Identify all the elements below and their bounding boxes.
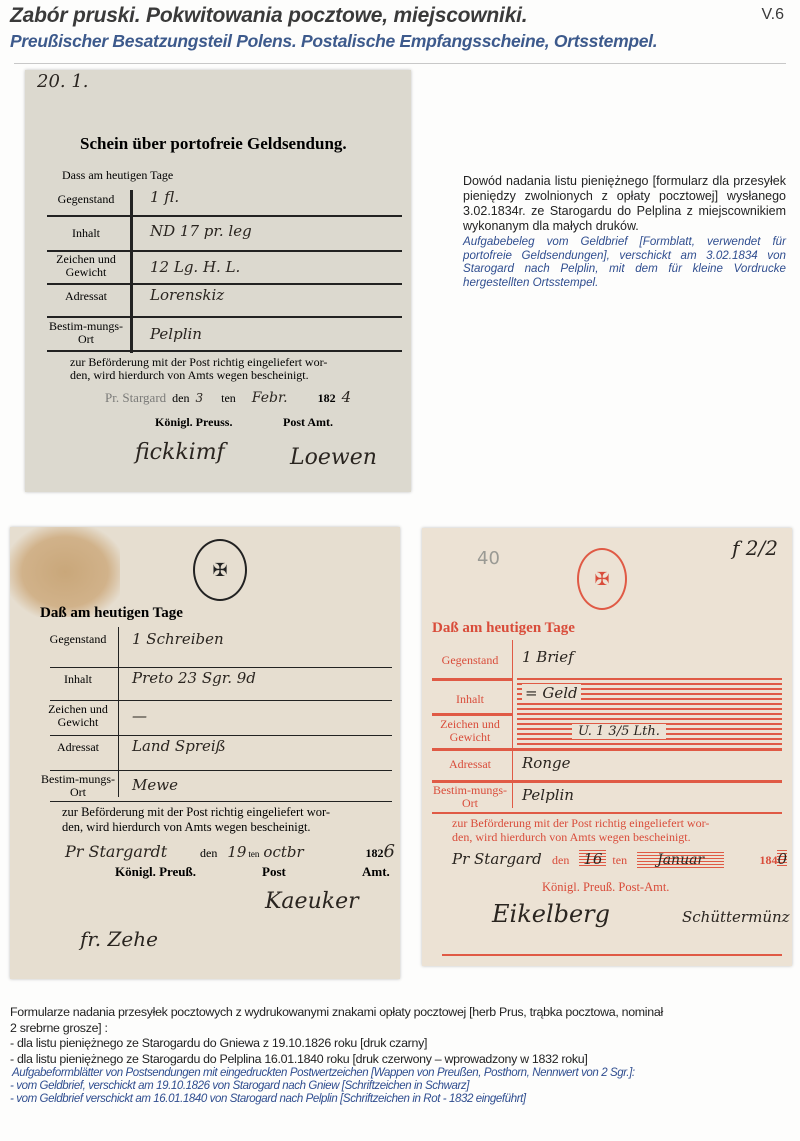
date-month: Febr. bbox=[252, 390, 288, 406]
date-ten: ten bbox=[612, 853, 627, 868]
date-year-prefix: 182 bbox=[366, 846, 384, 861]
place-handwritten: Pr Stargard bbox=[452, 850, 552, 868]
label-bestimmungsort: Bestim-mungs-Ort bbox=[40, 773, 116, 799]
bottom-description: Formularze nadania przesyłek pocztowych … bbox=[10, 1005, 790, 1106]
office-left: Königl. Preuß. bbox=[115, 864, 196, 880]
date-den: den bbox=[172, 391, 189, 406]
date-ten: ten bbox=[248, 849, 259, 859]
place-handwritten: Pr Stargardt bbox=[65, 842, 200, 861]
caption-german: Aufgabebeleg vom Geldbrief [Formblatt, v… bbox=[463, 235, 786, 289]
label-zeichen-gewicht: Zeichen und Gewicht bbox=[430, 718, 510, 744]
description-de-line: - vom Geldbrief verschickt am 16.01.1840… bbox=[10, 1093, 790, 1106]
page-title-german: Preußischer Besatzungsteil Polens. Posta… bbox=[10, 31, 657, 52]
form-intro: Daß am heutigen Tage bbox=[432, 620, 575, 637]
form-intro: Daß am heutigen Tage bbox=[40, 605, 183, 622]
form-column-divider bbox=[118, 627, 119, 797]
value-zeichen-gewicht: U. 1 3/5 Lth. bbox=[572, 724, 666, 739]
value-inhalt: = Geld bbox=[522, 684, 581, 702]
label-gegenstand: Gegenstand bbox=[430, 654, 510, 667]
label-bestimmungsort: Bestim-mungs-Ort bbox=[430, 784, 510, 810]
date-ten: ten bbox=[221, 391, 236, 406]
date-day: 19 bbox=[227, 843, 246, 861]
row-line bbox=[47, 283, 402, 285]
row-line bbox=[47, 350, 402, 352]
pencil-note: 40 bbox=[477, 548, 500, 569]
footer-line-2: den, wird hierdurch von Amts wegen besch… bbox=[70, 369, 327, 382]
form-heading: Schein über portofreie Geldsendung. bbox=[80, 134, 347, 154]
header-divider bbox=[14, 63, 786, 64]
corner-note: f 2/2 bbox=[732, 536, 778, 560]
description-pl-line: Formularze nadania przesyłek pocztowych … bbox=[10, 1005, 790, 1021]
row-line bbox=[50, 801, 392, 802]
office-left: Königl. Preuss. bbox=[155, 415, 232, 430]
description-pl-line: 2 srebrne grosze] : bbox=[10, 1021, 790, 1037]
eagle-seal-icon: ✠ bbox=[577, 548, 627, 610]
label-bestimmungsort: Bestim-mungs-Ort bbox=[43, 320, 129, 346]
office-mid: Post bbox=[262, 864, 286, 880]
date-month: Januar bbox=[637, 852, 724, 868]
label-inhalt: Inhalt bbox=[43, 227, 129, 240]
label-adressat: Adressat bbox=[43, 290, 129, 303]
label-adressat: Adressat bbox=[40, 741, 116, 754]
label-zeichen-gewicht: Zeichen und Gewicht bbox=[43, 253, 129, 279]
label-zeichen-gewicht: Zeichen und Gewicht bbox=[40, 703, 116, 729]
value-zeichen-gewicht: — bbox=[132, 707, 147, 725]
caption-receipt-1834: Dowód nadania listu pieniężnego [formula… bbox=[463, 174, 786, 289]
date-line: Pr. Stargard den 3 ten Febr. 1824 bbox=[105, 388, 351, 406]
value-gegenstand: 1 fl. bbox=[150, 188, 179, 206]
date-year-hand: 0 bbox=[777, 850, 787, 868]
description-pl-line: - dla listu pieniężnego ze Starogardu do… bbox=[10, 1036, 790, 1052]
row-line bbox=[47, 215, 402, 217]
office-right: Post Amt. bbox=[283, 415, 333, 430]
value-adressat: Ronge bbox=[522, 754, 570, 772]
date-year-prefix: 184 bbox=[759, 853, 777, 868]
receipt-1840: 40 f 2/2 ✠ Daß am heutigen Tage Gegensta… bbox=[422, 528, 792, 966]
footer-line-1: zur Beförderung mit der Post richtig ein… bbox=[62, 805, 330, 820]
signature-left: Eikelberg bbox=[492, 900, 610, 928]
description-de-line: Aufgabeformblätter von Postsendungen mit… bbox=[12, 1067, 790, 1080]
row-line bbox=[50, 735, 392, 736]
signature-right: Kaeuker bbox=[265, 889, 359, 914]
value-gegenstand: 1 Schreiben bbox=[132, 630, 224, 648]
date-day: 16 bbox=[579, 850, 606, 868]
form-intro: Dass am heutigen Tage bbox=[62, 168, 173, 183]
date-line: Pr Stargardt den 19 ten octbr 1826 bbox=[65, 841, 395, 862]
description-de-line: - vom Geldbrief, verschickt am 19.10.182… bbox=[10, 1080, 790, 1093]
row-line bbox=[50, 770, 392, 771]
value-adressat: Lorenskiz bbox=[150, 286, 224, 304]
form-footer: zur Beförderung mit der Post richtig ein… bbox=[452, 816, 709, 844]
form-footer: zur Beförderung mit der Post richtig ein… bbox=[62, 805, 330, 835]
footer-line-1: zur Beförderung mit der Post richtig ein… bbox=[452, 816, 709, 830]
row-line bbox=[50, 667, 392, 668]
eagle-seal-icon: ✠ bbox=[193, 539, 247, 601]
page-title-polish: Zabór pruski. Pokwitowania pocztowe, mie… bbox=[10, 4, 527, 28]
value-gegenstand: 1 Brief bbox=[522, 648, 574, 666]
date-month: octbr bbox=[263, 843, 303, 861]
value-adressat: Land Spreiß bbox=[132, 737, 226, 755]
value-bestimmungsort: Pelplin bbox=[150, 325, 202, 343]
value-bestimmungsort: Pelplin bbox=[522, 786, 574, 804]
row-line bbox=[47, 316, 402, 318]
date-den: den bbox=[200, 846, 217, 861]
receipt-1826: ✠ Daß am heutigen Tage Gegenstand 1 Schr… bbox=[10, 527, 400, 979]
page-number: V.6 bbox=[761, 6, 784, 24]
row-line bbox=[432, 812, 782, 814]
signature-right: Schüttermünz bbox=[682, 908, 790, 926]
value-zeichen-gewicht: 12 Lg. H. L. bbox=[150, 258, 240, 276]
office-stamp: Königl. Preuß. Post-Amt. bbox=[542, 880, 669, 895]
form-footer: zur Beförderung mit der Post richtig ein… bbox=[70, 356, 327, 382]
label-gegenstand: Gegenstand bbox=[40, 633, 116, 646]
label-inhalt: Inhalt bbox=[40, 673, 116, 686]
place-stamp: Pr. Stargard bbox=[105, 390, 166, 406]
paper-stain bbox=[10, 527, 120, 617]
date-den: den bbox=[552, 853, 569, 868]
label-gegenstand: Gegenstand bbox=[43, 193, 129, 206]
office-right: Amt. bbox=[362, 864, 390, 880]
label-adressat: Adressat bbox=[430, 758, 510, 771]
signature-left: fickkimf bbox=[135, 440, 225, 465]
caption-polish: Dowód nadania listu pieniężnego [formula… bbox=[463, 174, 786, 234]
value-inhalt: Preto 23 Sgr. 9d bbox=[132, 669, 256, 687]
signature-right: Loewen bbox=[290, 445, 377, 470]
row-line bbox=[432, 748, 782, 751]
date-year-hand: 6 bbox=[384, 841, 395, 862]
row-line bbox=[432, 713, 512, 716]
row-line bbox=[50, 700, 392, 701]
bottom-border-line bbox=[442, 954, 782, 956]
label-inhalt: Inhalt bbox=[430, 693, 510, 706]
row-line bbox=[432, 678, 512, 681]
value-bestimmungsort: Mewe bbox=[132, 776, 178, 794]
date-line: Pr Stargard den 16 ten Januar 1840 bbox=[452, 850, 787, 868]
footer-line-2: den, wird hierdurch von Amts wegen besch… bbox=[452, 830, 709, 844]
date-day: 3 bbox=[195, 391, 203, 405]
description-pl-line: - dla listu pieniężnego ze Starogardu do… bbox=[10, 1052, 790, 1068]
date-year-hand: 4 bbox=[342, 388, 352, 406]
signature-left: fr. Zehe bbox=[80, 927, 158, 951]
corner-note: 20. 1. bbox=[37, 74, 89, 90]
footer-line-2: den, wird hierdurch von Amts wegen besch… bbox=[62, 820, 330, 835]
date-year-prefix: 182 bbox=[318, 391, 336, 406]
value-inhalt: ND 17 pr. leg bbox=[150, 222, 252, 240]
receipt-1834: 20. 1. Schein über portofreie Geldsendun… bbox=[25, 70, 411, 492]
